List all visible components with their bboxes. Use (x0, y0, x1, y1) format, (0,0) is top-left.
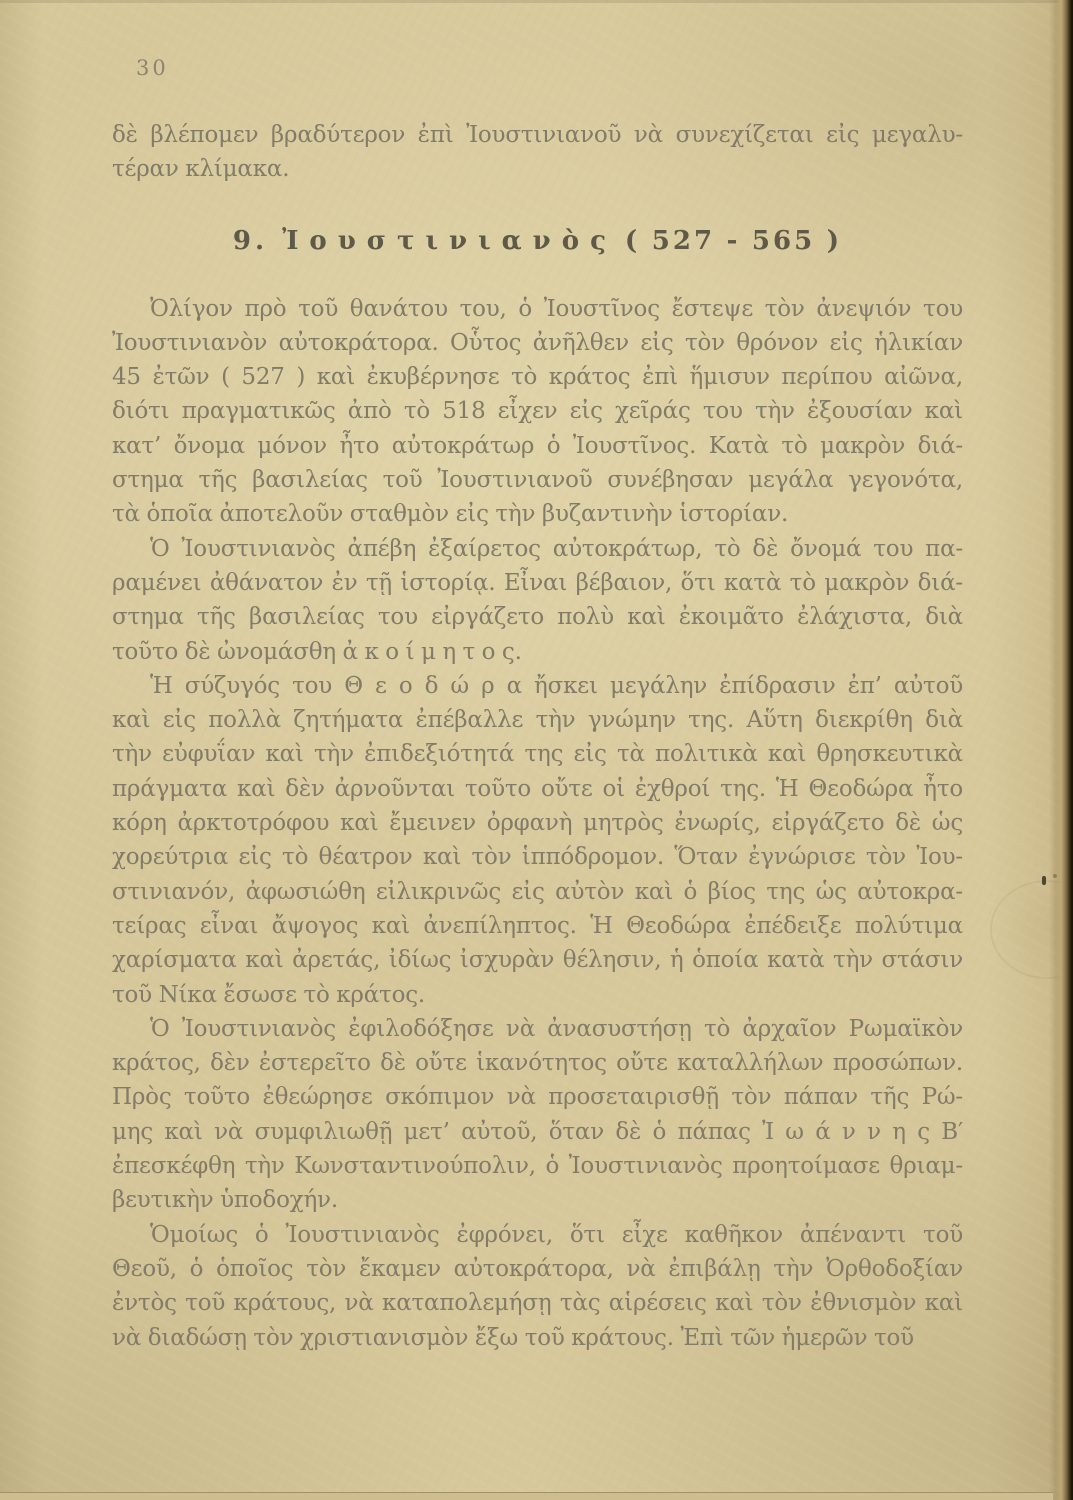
text-line: μης καὶ νὰ συμφιλιωθῇ μετ’ αὐτοῦ, ὅταν δ… (112, 1115, 963, 1149)
text-line: Ἰουστινιανὸν αὐτοκράτορα. Οὗτος ἀνῆλθεν … (112, 326, 963, 360)
text-line: Πρὸς τοῦτο ἐθεώρησε σκόπιμον νὰ προσεται… (112, 1080, 963, 1114)
text-line: Ὀλίγον πρὸ τοῦ θανάτου του, ὁ Ἰουστῖνος … (112, 292, 963, 326)
text-line: νὰ διαδώσῃ τὸν χριστιανισμὸν ἔξω τοῦ κρά… (112, 1321, 963, 1355)
text-line: Θεοῦ, ὁ ὁποῖος τὸν ἔκαμεν αὐτοκράτορα, ν… (112, 1252, 963, 1286)
text-line: καὶ εἰς πολλὰ ζητήματα ἐπέβαλλε τὴν γνώμ… (112, 703, 963, 737)
text-line: ἐντὸς τοῦ κράτους, νὰ καταπολεμήσῃ τὰς α… (112, 1286, 963, 1320)
text-line: κράτος, δὲν ἐστερεῖτο δὲ οὔτε ἱκανότητος… (112, 1046, 963, 1080)
text-line: βευτικὴν ὑποδοχήν. (112, 1183, 963, 1217)
page-number: 30 (136, 56, 169, 80)
text-line: κατ’ ὄνομα μόνον ἦτο αὐτοκράτωρ ὁ Ἰουστῖ… (112, 429, 963, 463)
text-line: τέραν κλίμακα. (112, 152, 963, 186)
text-line: κόρη ἀρκτοτρόφου καὶ ἔμεινεν ὀρφανὴ μητρ… (112, 806, 963, 840)
page-top-edge (0, 0, 1073, 3)
text-line: πράγματα καὶ δὲν ἀρνοῦνται τοῦτο οὔτε οἱ… (112, 772, 963, 806)
text-line: διότι πραγματικῶς ἀπὸ τὸ 518 εἶχεν εἰς χ… (112, 394, 963, 428)
text-line: Ὁμοίως ὁ Ἰουστινιανὸς ἐφρόνει, ὅτι εἶχε … (112, 1218, 963, 1252)
text-line: ραμένει ἀθάνατον ἐν τῇ ἱστορίᾳ. Εἶναι βέ… (112, 566, 963, 600)
text-line: στημα τῆς βασιλείας του εἰργάζετο πολὺ κ… (112, 600, 963, 634)
heading-name: Ἰουστινιανὸς (282, 226, 617, 256)
section-heading: 9.Ἰουστινιανὸς( 527 - 565 ) (112, 223, 963, 259)
page-right-edge (1049, 0, 1073, 1500)
text-line: Ὁ Ἰουστινιανὸς ἐφιλοδόξησε νὰ ἀνασυστήσῃ… (112, 1012, 963, 1046)
scanned-book-page: { "page": { "number": "30", "flow": [ { … (0, 0, 1073, 1500)
text-line: τὴν εὐφυΐαν καὶ τὴν ἐπιδεξιότητά της εἰς… (112, 737, 963, 771)
text-line: Ἡ σύζυγός του Θ ε ο δ ώ ρ α ἤσκει μεγάλη… (112, 669, 963, 703)
text-line: Ὁ Ἰουστινιανὸς ἀπέβη ἐξαίρετος αὐτοκράτω… (112, 532, 963, 566)
text-line: στημα τῆς βασιλείας τοῦ Ἰουστινιανοῦ συν… (112, 463, 963, 497)
text-line: τὰ ὁποῖα ἀποτελοῦν σταθμὸν εἰς τὴν βυζαν… (112, 497, 963, 531)
text-line: χορεύτρια εἰς τὸ θέατρον καὶ τὸν ἱππόδρο… (112, 840, 963, 874)
text-line: τοῦτο δὲ ὠνομάσθη ἀ κ ο ί μ η τ ο ς. (112, 635, 963, 669)
text-line: στινιανόν, ἀφωσιώθη εἰλικρινῶς εἰς αὐτὸν… (112, 875, 963, 909)
ink-speck (1042, 876, 1046, 885)
text-line: δὲ βλέπομεν βραδύτερον ἐπὶ Ἰουστινιανοῦ … (112, 118, 963, 152)
heading-years: ( 527 - 565 ) (625, 226, 842, 256)
text-line: τείρας εἶναι ἄψογος καὶ ἀνεπίληπτος. Ἡ Θ… (112, 909, 963, 943)
text-line: τοῦ Νίκα ἔσωσε τὸ κράτος. (112, 978, 963, 1012)
text-line: ἐπεσκέφθη τὴν Κωνσταντινούπολιν, ὁ Ἰουστ… (112, 1149, 963, 1183)
heading-number: 9. (233, 226, 268, 256)
text-line: χαρίσματα καὶ ἀρετάς, ἰδίως ἰσχυρὰν θέλη… (112, 943, 963, 977)
text-line: 45 ἐτῶν ( 527 ) καὶ ἐκυβέρνησε τὸ κράτος… (112, 360, 963, 394)
text-block: δὲ βλέπομεν βραδύτερον ἐπὶ Ἰουστινιανοῦ … (112, 118, 963, 1355)
page-bottom-edge (0, 1492, 1053, 1500)
